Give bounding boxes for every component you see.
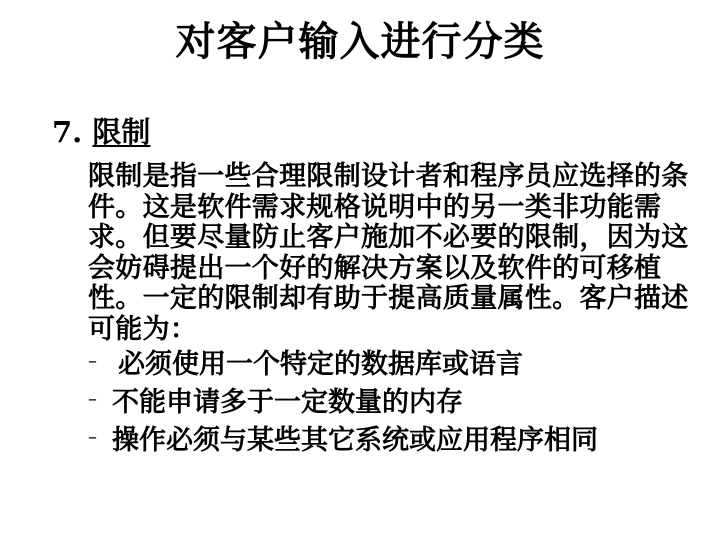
bullet-item: – 不能申请多于一定数量的内存 [88, 380, 598, 418]
section-number: 7. [52, 115, 82, 149]
section-heading: 7. 限制 [52, 112, 150, 152]
body-paragraph: 限制是指一些合理限制设计者和程序员应选择的条件。这是软件需求规格说明中的另一类非… [88, 162, 700, 345]
dash-bullet-icon: – [88, 351, 102, 372]
dash-bullet-icon: – [88, 427, 102, 448]
bullet-item: – 必须使用一个特定的数据库或语言 [88, 342, 598, 380]
bullet-text: 操作必须与某些其它系统或应用程序相同 [112, 418, 598, 457]
bullet-text: 不能申请多于一定数量的内存 [112, 380, 463, 419]
bullet-text: 必须使用一个特定的数据库或语言 [118, 342, 523, 381]
dash-bullet-icon: – [88, 389, 102, 410]
slide-title: 对客户输入进行分类 [0, 16, 720, 68]
bullet-list: – 必须使用一个特定的数据库或语言 – 不能申请多于一定数量的内存 – 操作必须… [88, 342, 598, 456]
bullet-item: – 操作必须与某些其它系统或应用程序相同 [88, 418, 598, 456]
section-title: 限制 [92, 115, 150, 149]
